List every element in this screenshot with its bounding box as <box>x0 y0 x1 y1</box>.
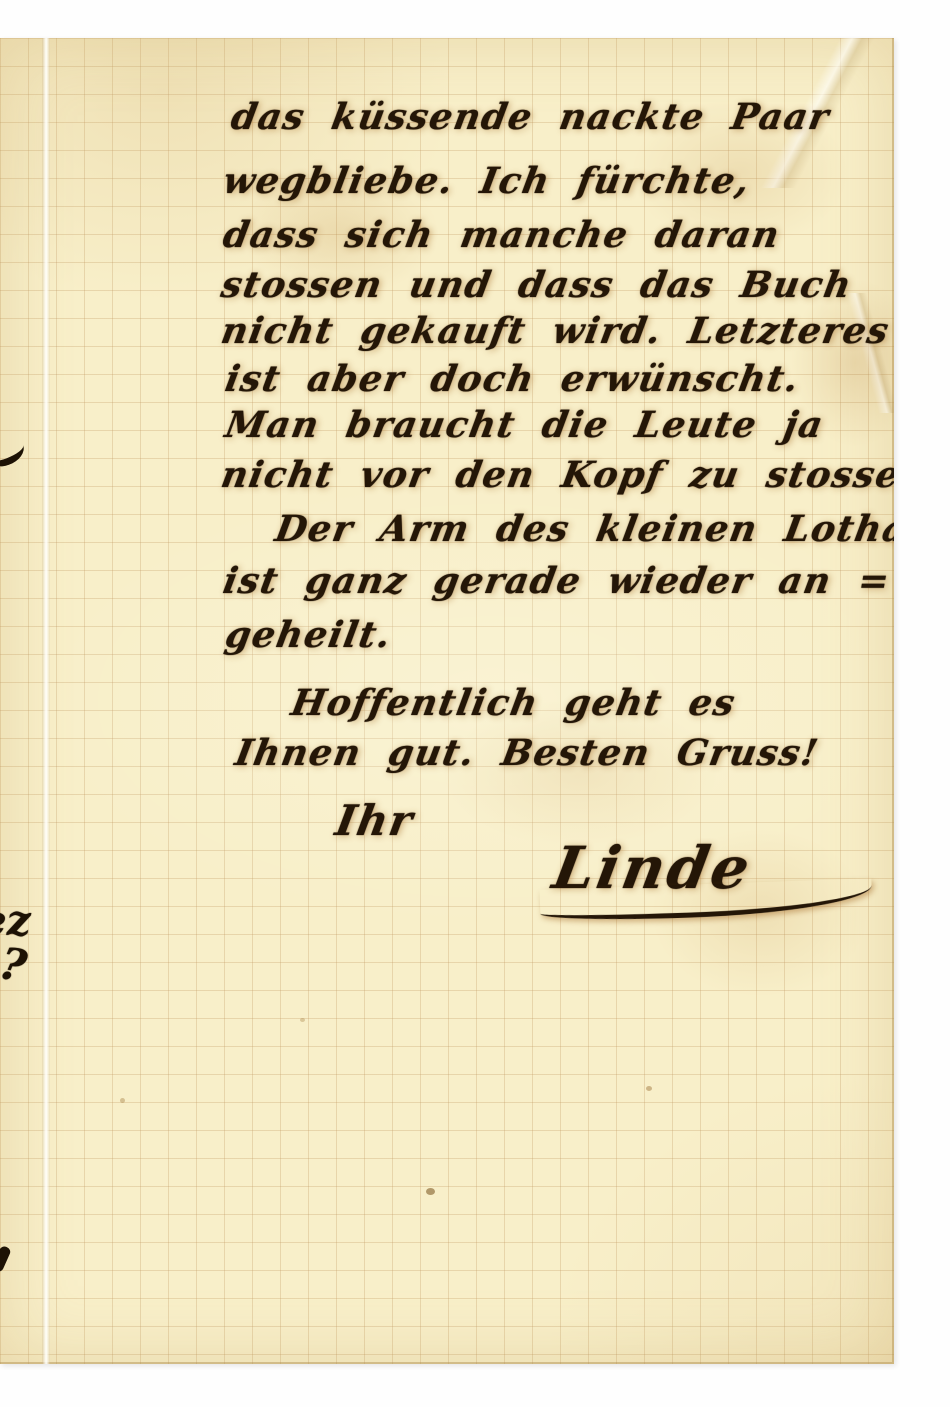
handwriting-line: Man braucht die Leute ja <box>222 404 827 446</box>
handwriting-line: Hoffentlich geht es <box>288 682 739 724</box>
vertical-fold-crease <box>42 38 50 1364</box>
handwriting-line: geheilt. <box>222 614 395 656</box>
foxing-dot <box>120 1098 125 1103</box>
handwriting-line: nicht gekauft wird. Letzteres <box>218 310 893 352</box>
letter-page: das küssende nackte Paar wegbliebe. Ich … <box>0 38 894 1364</box>
signature-closing: Ihr <box>332 796 417 845</box>
handwriting-line: Der Arm des kleinen Lothar <box>272 508 894 550</box>
margin-stroke <box>0 431 28 471</box>
handwriting-line: nicht vor den Kopf zu stossen <box>218 454 894 496</box>
handwriting-line: dass sich manche daran <box>220 214 784 256</box>
handwriting-line: stossen und dass das Buch <box>218 264 856 306</box>
foxing-dot <box>646 1086 652 1091</box>
handwriting-line: das küssende nackte Paar <box>228 96 833 138</box>
handwriting-line: ist ganz gerade wieder an = <box>220 560 894 602</box>
scanner-background: das küssende nackte Paar wegbliebe. Ich … <box>0 0 950 1407</box>
foxing-dot <box>300 1018 305 1022</box>
foxing-dot <box>426 1188 435 1195</box>
handwriting-line: Ihnen gut. Besten Gruss! <box>232 732 822 774</box>
margin-fragment-text: ? <box>0 938 31 993</box>
margin-stroke <box>0 1245 12 1273</box>
handwriting-line: wegbliebe. Ich fürchte, <box>220 160 754 202</box>
handwriting-line: ist aber doch erwünscht. <box>222 358 803 400</box>
